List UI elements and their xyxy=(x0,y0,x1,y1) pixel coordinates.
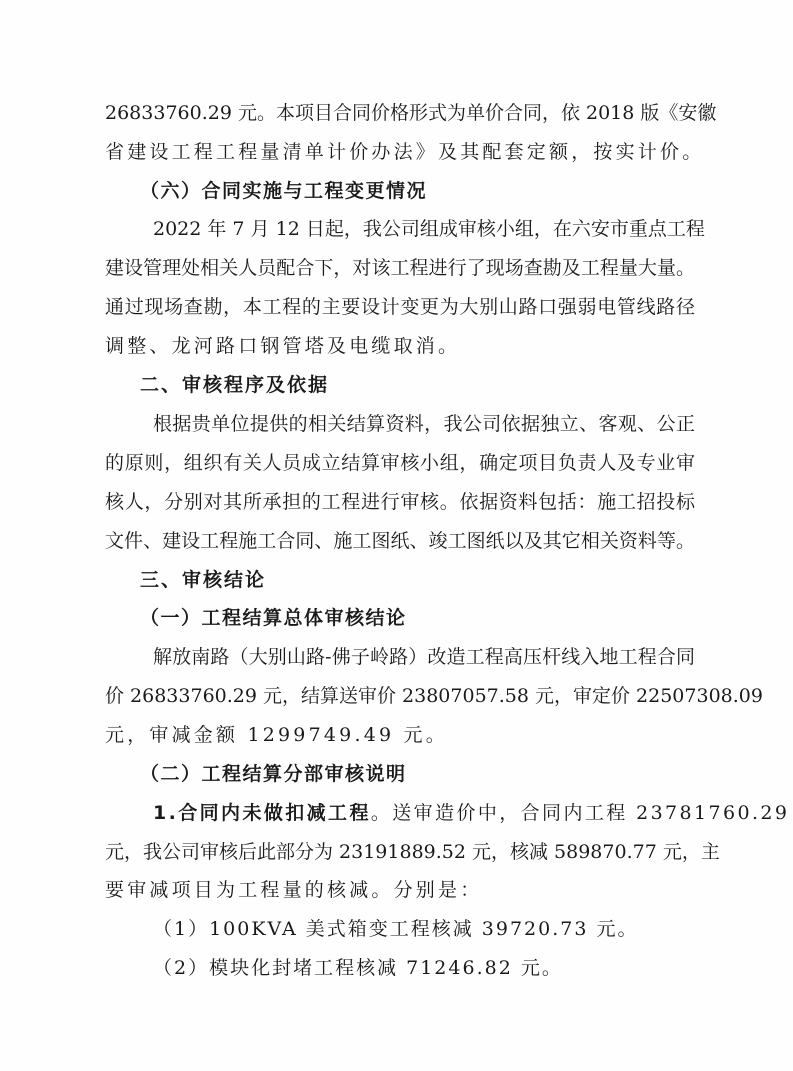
section-heading-2: 二、审核程序及依据 xyxy=(140,370,730,400)
bold-lead-text: 1.合同内未做扣减工程 xyxy=(153,802,371,824)
paragraph-line: 通过现场查勘，本工程的主要设计变更为大别山路口强弱电管线路径 xyxy=(105,292,695,322)
paragraph-line: 调整、龙河路口钢管塔及电缆取消。 xyxy=(105,331,695,361)
paragraph-line: 建设管理处相关人员配合下，对该工程进行了现场查勘及工程量大量。 xyxy=(105,253,695,283)
paragraph-line: 价 26833760.29 元，结算送审价 23807057.58 元，审定价 … xyxy=(105,681,695,711)
paragraph-line: 要审减项目为工程量的核减。分别是： xyxy=(105,875,695,905)
paragraph-line: 的原则，组织有关人员成立结算审核小组，确定项目负责人及专业审 xyxy=(105,448,695,478)
paragraph-line: 元，我公司审核后此部分为 23191889.52 元，核减 589870.77 … xyxy=(105,837,695,867)
lead-continuation-text: 。送审造价中，合同内工程 23781760.29 xyxy=(371,802,790,824)
section-heading-3: 三、审核结论 xyxy=(140,565,730,595)
section-subheading-6: （六）合同实施与工程变更情况 xyxy=(140,176,730,206)
list-item: （2）模块化封堵工程核减 71246.82 元。 xyxy=(153,953,743,983)
paragraph-line: 省建设工程工程量清单计价办法》及其配套定额，按实计价。 xyxy=(105,137,695,167)
paragraph-line: 文件、建设工程施工合同、施工图纸、竣工图纸以及其它相关资料等。 xyxy=(105,526,695,556)
paragraph-line: 元，审减金额 1299749.49 元。 xyxy=(105,720,695,750)
paragraph-line: 解放南路（大别山路-佛子岭路）改造工程高压杆线入地工程合同 xyxy=(153,642,695,672)
paragraph-line: 根据贵单位提供的相关结算资料，我公司依据独立、客观、公正 xyxy=(153,409,695,439)
list-item: （1）100KVA 美式箱变工程核减 39720.73 元。 xyxy=(153,914,743,944)
paragraph-line: 26833760.29 元。本项目合同价格形式为单价合同，依 2018 版《安徽 xyxy=(105,98,695,128)
document-page: 26833760.29 元。本项目合同价格形式为单价合同，依 2018 版《安徽… xyxy=(0,0,793,1071)
section-subheading-2: （二）工程结算分部审核说明 xyxy=(140,759,730,789)
paragraph-line-bold-lead: 1.合同内未做扣减工程。送审造价中，合同内工程 23781760.29 xyxy=(153,798,695,828)
paragraph-line: 2022 年 7 月 12 日起，我公司组成审核小组，在六安市重点工程 xyxy=(153,214,695,244)
section-subheading-1: （一）工程结算总体审核结论 xyxy=(140,603,730,633)
paragraph-line: 核人，分别对其所承担的工程进行审核。依据资料包括：施工招投标 xyxy=(105,487,695,517)
